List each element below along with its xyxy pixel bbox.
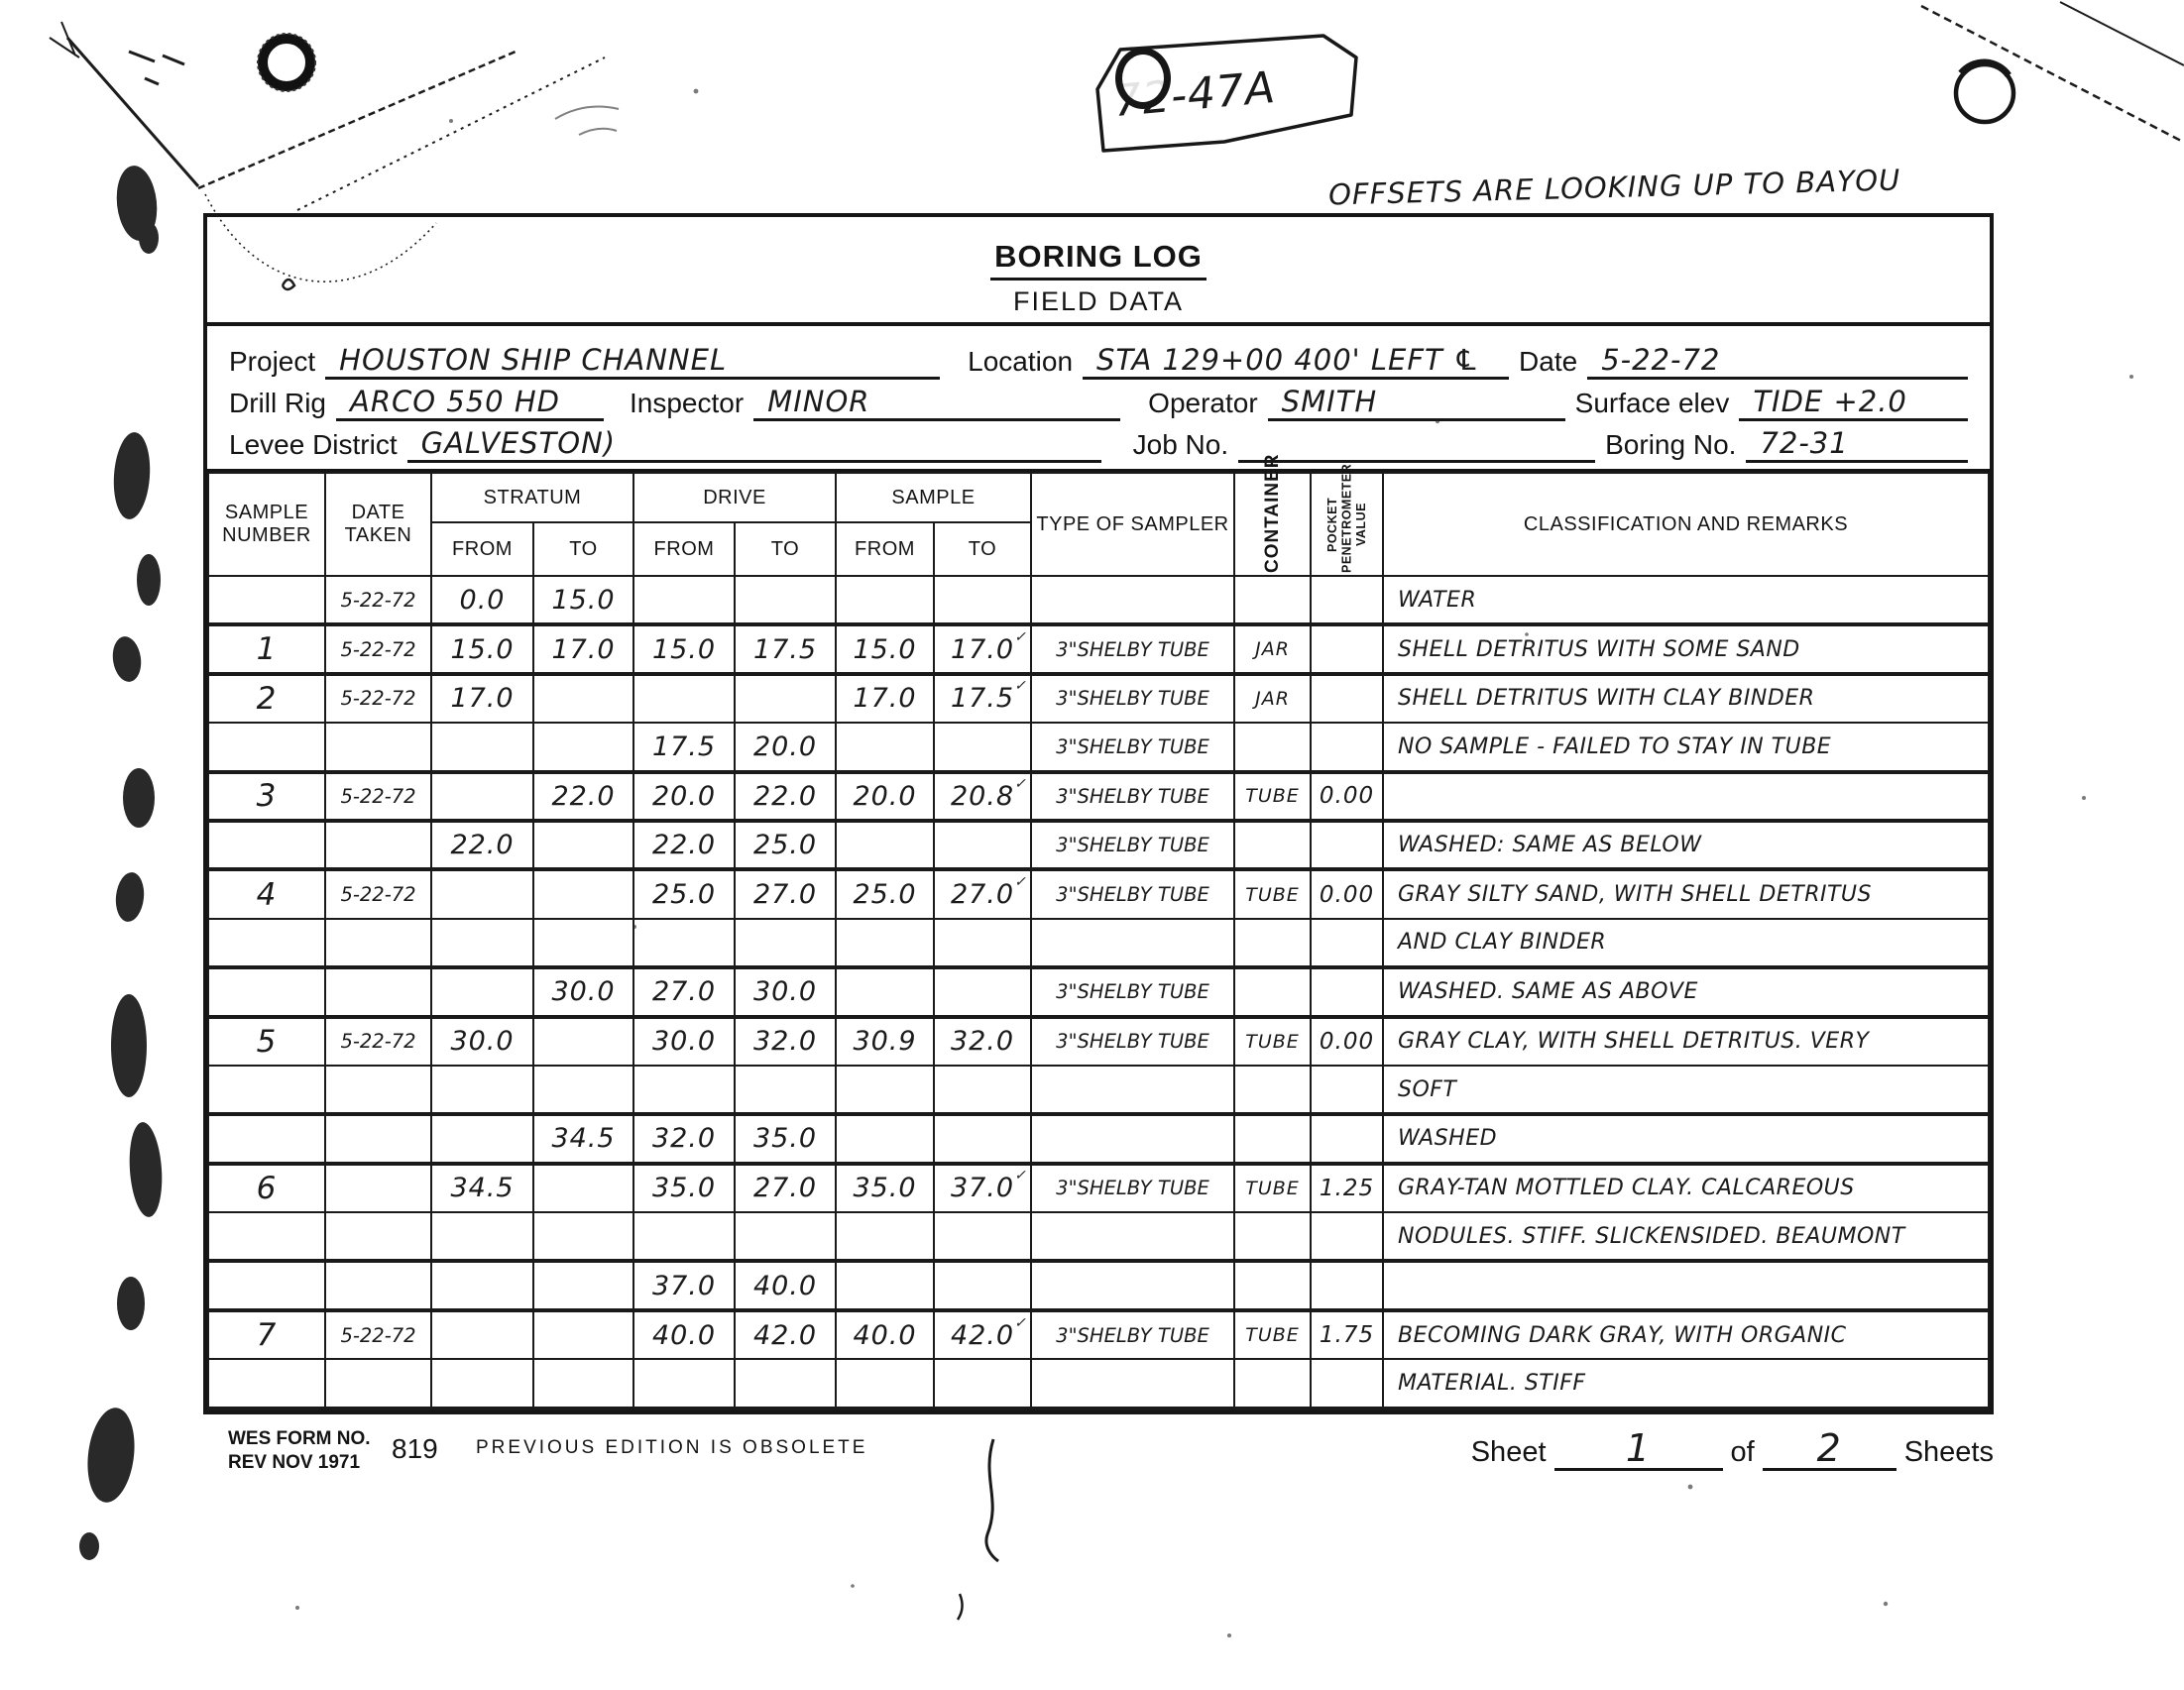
cell-remarks: WASHED: SAME AS BELOW (1383, 821, 1989, 869)
operator-field: SMITH (1268, 382, 1565, 421)
date-value: 5-22-72 (1601, 343, 1720, 377)
cell-container: TUBE (1234, 1310, 1311, 1359)
cell-container: JAR (1234, 674, 1311, 723)
cell-stratum-from (431, 1212, 533, 1261)
cell-drive-from: 15.0 (633, 624, 735, 673)
table-row: 35-22-7222.020.022.020.020.8✓3"SHELBY TU… (208, 772, 1989, 821)
cell-stratum-to (533, 1212, 633, 1261)
table-row: MATERIAL. STIFF (208, 1359, 1989, 1408)
cell-text: TUBE (1245, 785, 1300, 807)
levee-district-label: Levee District (229, 429, 398, 463)
cell-sampler (1031, 919, 1234, 967)
cell-text: JAR (1255, 638, 1290, 660)
cell-text: 30.0 (551, 976, 615, 1007)
cell-container (1234, 1359, 1311, 1408)
cell-text: 27.0 (753, 879, 817, 910)
cell-text: 30.0 (753, 976, 817, 1007)
cell-text: 35.0 (652, 1173, 716, 1203)
cell-date (325, 919, 431, 967)
cell-stratum-to: 15.0 (533, 576, 633, 624)
cell-sample: 2 (208, 674, 325, 723)
sheet-number-field: 1 (1554, 1429, 1723, 1471)
fold-line-top-right (1921, 2, 2184, 141)
table-row: 30.027.030.03"SHELBY TUBEWASHED. SAME AS… (208, 967, 1989, 1016)
sheet-label: Sheet (1471, 1436, 1547, 1471)
cell-stratum-to: 34.5 (533, 1114, 633, 1163)
cell-drive-from: 27.0 (633, 967, 735, 1016)
cell-sample-from: 30.9 (836, 1017, 934, 1066)
cell-drive-to: 40.0 (735, 1261, 836, 1309)
cell-remarks: GRAY SILTY SAND, WITH SHELL DETRITUS (1383, 869, 1989, 918)
cell-sample-to (934, 1066, 1031, 1114)
cell-date (325, 1164, 431, 1212)
cell-sample-from (836, 919, 934, 967)
cell-penetrometer (1311, 1359, 1383, 1408)
wes-form-note: WES FORM NO. REV NOV 1971 (228, 1427, 371, 1475)
cell-text: 1.25 (1320, 1176, 1374, 1201)
cell-container (1234, 1066, 1311, 1114)
cell-stratum-from (431, 772, 533, 821)
cell-drive-from (633, 674, 735, 723)
cell-text: 5-22-72 (340, 638, 415, 661)
cell-text: 37.0 (652, 1271, 716, 1301)
cell-sample-from: 17.0 (836, 674, 934, 723)
cell-sample: 5 (208, 1017, 325, 1066)
cell-text: 37.0 (951, 1173, 1014, 1203)
cell-text: SHELL DETRITUS WITH SOME SAND (1398, 637, 1800, 662)
cell-sample-from: 35.0 (836, 1164, 934, 1212)
cell-stratum-to (533, 1261, 633, 1309)
cell-text: 34.5 (450, 1173, 514, 1203)
cell-sample (208, 967, 325, 1016)
table-row: SOFT (208, 1066, 1989, 1114)
cell-text: 30.0 (652, 1026, 716, 1057)
cell-stratum-to (533, 723, 633, 771)
cell-penetrometer: 1.75 (1311, 1310, 1383, 1359)
cell-penetrometer (1311, 723, 1383, 771)
job-no-label: Job No. (1133, 429, 1229, 463)
cell-date: 5-22-72 (325, 869, 431, 918)
cell-text: NO SAMPLE - FAILED TO STAY IN TUBE (1398, 734, 1831, 759)
cell-text: GRAY SILTY SAND, WITH SHELL DETRITUS (1398, 882, 1872, 907)
cell-sample-to (934, 723, 1031, 771)
cell-drive-from (633, 1212, 735, 1261)
cell-penetrometer: 1.25 (1311, 1164, 1383, 1212)
hole-punch-top-right-icon (1956, 62, 2013, 122)
cell-sample-from: 20.0 (836, 772, 934, 821)
cell-sampler (1031, 1359, 1234, 1408)
cell-sample-from: 40.0 (836, 1310, 934, 1359)
cell-stratum-from: 15.0 (431, 624, 533, 673)
offsets-note: OFFSETS ARE LOOKING UP TO BAYOU (1328, 163, 1901, 211)
cell-sampler: 3"SHELBY TUBE (1031, 821, 1234, 869)
cell-text: WASHED (1398, 1126, 1497, 1151)
cell-sample-from (836, 1066, 934, 1114)
cell-text: 0.00 (1320, 783, 1374, 809)
cell-remarks: AND CLAY BINDER (1383, 919, 1989, 967)
cell-sample-from: 25.0 (836, 869, 934, 918)
cell-date: 5-22-72 (325, 1017, 431, 1066)
cell-stratum-from (431, 1359, 533, 1408)
form-subtitle: FIELD DATA (207, 286, 1990, 317)
cell-drive-to (735, 919, 836, 967)
cell-sample: 1 (208, 624, 325, 673)
cell-text: 27.0 (753, 1173, 817, 1203)
cell-sample-to: 32.0 (934, 1017, 1031, 1066)
cell-sample: 6 (208, 1164, 325, 1212)
cell-text: 17.0 (450, 683, 514, 714)
cell-text: NODULES. STIFF. SLICKENSIDED. BEAUMONT (1398, 1224, 1905, 1249)
cell-text: 20.0 (853, 781, 916, 812)
cell-text: 17.5 (951, 683, 1014, 714)
cell-stratum-from: 17.0 (431, 674, 533, 723)
table-row: 45-22-7225.027.025.027.0✓3"SHELBY TUBETU… (208, 869, 1989, 918)
cell-stratum-from (431, 1066, 533, 1114)
tick-mark: ✓ (1014, 873, 1026, 890)
cell-stratum-from (431, 869, 533, 918)
cell-drive-to: 27.0 (735, 1164, 836, 1212)
cell-sample-to (934, 576, 1031, 624)
cell-text: 3"SHELBY TUBE (1056, 785, 1209, 808)
cell-drive-from (633, 1359, 735, 1408)
cell-sample-from (836, 576, 934, 624)
cell-text: TUBE (1245, 1031, 1300, 1053)
cell-sampler: 3"SHELBY TUBE (1031, 869, 1234, 918)
cell-sample (208, 919, 325, 967)
cell-stratum-from: 0.0 (431, 576, 533, 624)
cell-stratum-to (533, 1066, 633, 1114)
header-drive: DRIVE (633, 473, 836, 522)
cell-text: TUBE (1245, 1324, 1300, 1346)
cell-drive-from: 25.0 (633, 869, 735, 918)
obsolete-note: PREVIOUS EDITION IS OBSOLETE (476, 1437, 867, 1459)
cell-sampler: 3"SHELBY TUBE (1031, 772, 1234, 821)
drill-rig-field: ARCO 550 HD (336, 382, 604, 421)
cell-container (1234, 967, 1311, 1016)
cell-stratum-to (533, 1164, 633, 1212)
cell-text: 34.5 (551, 1123, 615, 1154)
header-sample-number: SAMPLE NUMBER (208, 473, 325, 576)
cell-remarks: SOFT (1383, 1066, 1989, 1114)
cell-text: 30.9 (853, 1026, 916, 1057)
cell-stratum-to (533, 919, 633, 967)
cell-date (325, 1359, 431, 1408)
scanned-boring-log-page: { "annotations": { "stamp_text": "72-47A… (0, 0, 2184, 1690)
cell-text: 15.0 (652, 634, 716, 665)
boring-no-value: 72-31 (1760, 426, 1848, 460)
cell-text: 35.0 (753, 1123, 817, 1154)
total-sheets: 2 (1817, 1426, 1842, 1470)
cell-sample (208, 1114, 325, 1163)
cell-drive-from: 17.5 (633, 723, 735, 771)
cell-stratum-to (533, 869, 633, 918)
cell-drive-from (633, 1066, 735, 1114)
cell-text: 15.0 (551, 585, 615, 616)
location-field: STA 129+00 400' LEFT ℄ (1083, 340, 1509, 380)
cell-date (325, 1261, 431, 1309)
cell-date: 5-22-72 (325, 624, 431, 673)
cell-text: 3"SHELBY TUBE (1056, 687, 1209, 710)
cell-sample-to: 17.5✓ (934, 674, 1031, 723)
cell-remarks: BECOMING DARK GRAY, WITH ORGANIC (1383, 1310, 1989, 1359)
cell-drive-to: 27.0 (735, 869, 836, 918)
cell-penetrometer (1311, 1114, 1383, 1163)
cell-text: 27.0 (652, 976, 716, 1007)
cell-drive-from: 30.0 (633, 1017, 735, 1066)
cell-stratum-from (431, 1310, 533, 1359)
job-no-field (1238, 423, 1595, 463)
boring-log-form: BORING LOG FIELD DATA Project HOUSTON SH… (203, 213, 1994, 1414)
cell-text: 22.0 (652, 830, 716, 860)
cell-sample-to (934, 1261, 1031, 1309)
cell-container (1234, 1212, 1311, 1261)
header-sample-from: FROM (836, 522, 934, 576)
cell-sampler: 3"SHELBY TUBE (1031, 1164, 1234, 1212)
total-sheets-field: 2 (1763, 1429, 1897, 1471)
table-row: NODULES. STIFF. SLICKENSIDED. BEAUMONT (208, 1212, 1989, 1261)
table-row: AND CLAY BINDER (208, 919, 1989, 967)
cell-penetrometer (1311, 1261, 1383, 1309)
cell-text: 17.0 (853, 683, 916, 714)
cell-date (325, 821, 431, 869)
cell-sample-to (934, 1359, 1031, 1408)
cell-sampler: 3"SHELBY TUBE (1031, 967, 1234, 1016)
tick-mark: ✓ (1014, 775, 1026, 792)
cell-drive-to: 42.0 (735, 1310, 836, 1359)
cell-text: 17.0 (551, 634, 615, 665)
cell-text: 22.0 (450, 830, 514, 860)
cell-text: 42.0 (753, 1320, 817, 1351)
cell-drive-to: 32.0 (735, 1017, 836, 1066)
cell-sample-to: 17.0✓ (934, 624, 1031, 673)
cell-text: 3"SHELBY TUBE (1056, 883, 1209, 906)
cell-drive-from: 20.0 (633, 772, 735, 821)
cell-text: 3"SHELBY TUBE (1056, 1030, 1209, 1053)
cell-sampler (1031, 1261, 1234, 1309)
cell-sample: 3 (208, 772, 325, 821)
cell-drive-from: 32.0 (633, 1114, 735, 1163)
cell-penetrometer (1311, 1212, 1383, 1261)
cell-sampler: 3"SHELBY TUBE (1031, 723, 1234, 771)
cell-text: 3"SHELBY TUBE (1056, 1324, 1209, 1347)
cell-text: WATER (1398, 588, 1476, 613)
header-pocket-penetrometer: POCKET PENETROMETER VALUE (1311, 473, 1383, 576)
cell-drive-to: 30.0 (735, 967, 836, 1016)
cell-drive-to (735, 576, 836, 624)
cell-text: 3"SHELBY TUBE (1056, 980, 1209, 1003)
cell-drive-from: 22.0 (633, 821, 735, 869)
cell-remarks: WATER (1383, 576, 1989, 624)
cell-text: 17.5 (652, 732, 716, 762)
cell-date (325, 1114, 431, 1163)
cell-text: 32.0 (753, 1026, 817, 1057)
cell-container (1234, 1261, 1311, 1309)
cell-text: 2 (257, 681, 278, 717)
header-sample: SAMPLE (836, 473, 1031, 522)
cell-text: 1.75 (1320, 1322, 1374, 1348)
cell-text: 20.8 (951, 781, 1014, 812)
cell-text: GRAY CLAY, WITH SHELL DETRITUS. VERY (1398, 1029, 1869, 1054)
cell-sample-from (836, 1212, 934, 1261)
cell-text: 3 (257, 778, 278, 814)
cell-stratum-to (533, 1359, 633, 1408)
cell-sample-from (836, 723, 934, 771)
info-line-3: Levee District GALVESTON) Job No. Boring… (229, 423, 1968, 463)
cell-sample-to: 37.0✓ (934, 1164, 1031, 1212)
cell-text: 15.0 (450, 634, 514, 665)
header-date-taken: DATE TAKEN (325, 473, 431, 576)
cell-sampler (1031, 1114, 1234, 1163)
cell-stratum-from (431, 1261, 533, 1309)
cell-text: 3"SHELBY TUBE (1056, 735, 1209, 758)
cell-sample (208, 1212, 325, 1261)
boring-log-table: SAMPLE NUMBER DATE TAKEN STRATUM DRIVE S… (207, 472, 1990, 1410)
cell-penetrometer (1311, 576, 1383, 624)
cell-sample-to: 20.8✓ (934, 772, 1031, 821)
cell-text: 5-22-72 (340, 1030, 415, 1053)
table-row: 634.535.027.035.037.0✓3"SHELBY TUBETUBE1… (208, 1164, 1989, 1212)
boring-no-field: 72-31 (1746, 423, 1968, 463)
cell-text: 7 (257, 1317, 278, 1353)
cell-drive-to: 22.0 (735, 772, 836, 821)
form-title: BORING LOG (990, 239, 1207, 281)
cell-date (325, 967, 431, 1016)
cell-remarks: NO SAMPLE - FAILED TO STAY IN TUBE (1383, 723, 1989, 771)
cell-text: 1 (257, 631, 278, 667)
hole-punch-stamp-icon (1115, 48, 1171, 109)
cell-sampler (1031, 1212, 1234, 1261)
sheets-label: Sheets (1904, 1436, 1994, 1471)
boring-table-body: 5-22-720.015.0WATER15-22-7215.017.015.01… (208, 576, 1989, 1408)
cell-sample-from (836, 967, 934, 1016)
inspector-field: MINOR (753, 382, 1120, 421)
cell-drive-from: 35.0 (633, 1164, 735, 1212)
cell-date (325, 1212, 431, 1261)
cell-penetrometer (1311, 919, 1383, 967)
cell-text: JAR (1255, 688, 1290, 710)
cell-sample-from (836, 1261, 934, 1309)
cell-text: 5-22-72 (340, 1324, 415, 1347)
cell-stratum-to: 30.0 (533, 967, 633, 1016)
cell-text: 17.0 (951, 634, 1014, 665)
cell-drive-to (735, 1212, 836, 1261)
cell-date: 5-22-72 (325, 674, 431, 723)
hole-punch-top-left-icon (258, 34, 315, 91)
footer: WES FORM NO. REV NOV 1971 819 PREVIOUS E… (203, 1419, 1994, 1509)
cell-container (1234, 919, 1311, 967)
cell-text: TUBE (1245, 1178, 1300, 1199)
cell-text: WASHED: SAME AS BELOW (1398, 833, 1702, 857)
of-label: of (1731, 1436, 1755, 1471)
sheet-line: Sheet 1 of 2 Sheets (1471, 1429, 1994, 1471)
inspector-value: MINOR (767, 385, 869, 418)
cell-drive-from (633, 919, 735, 967)
sheet-number: 1 (1626, 1426, 1651, 1470)
table-row: 5-22-720.015.0WATER (208, 576, 1989, 624)
cell-text: 3"SHELBY TUBE (1056, 834, 1209, 856)
cell-penetrometer: 0.00 (1311, 772, 1383, 821)
cell-sample: 7 (208, 1310, 325, 1359)
cell-text: 22.0 (551, 781, 615, 812)
cell-sample (208, 821, 325, 869)
table-row: 55-22-7230.030.032.030.932.03"SHELBY TUB… (208, 1017, 1989, 1066)
cell-sample: 4 (208, 869, 325, 918)
table-row: 22.022.025.03"SHELBY TUBEWASHED: SAME AS… (208, 821, 1989, 869)
info-line-1: Project HOUSTON SHIP CHANNEL Location ST… (229, 340, 1968, 380)
cell-drive-to (735, 674, 836, 723)
cell-text: 30.0 (450, 1026, 514, 1057)
cell-text: 25.0 (853, 879, 916, 910)
cell-text: 6 (257, 1171, 278, 1206)
cell-container (1234, 723, 1311, 771)
header-stratum: STRATUM (431, 473, 633, 522)
header-type-of-sampler: TYPE OF SAMPLER (1031, 473, 1234, 576)
stamp-72-47a: 72-47A (1076, 28, 1373, 162)
cell-stratum-to: 22.0 (533, 772, 633, 821)
cell-sample-to (934, 1212, 1031, 1261)
cell-remarks: GRAY CLAY, WITH SHELL DETRITUS. VERY (1383, 1017, 1989, 1066)
cell-text: 20.0 (652, 781, 716, 812)
cell-date: 5-22-72 (325, 576, 431, 624)
cell-container: TUBE (1234, 869, 1311, 918)
cell-container (1234, 821, 1311, 869)
header-stratum-from: FROM (431, 522, 533, 576)
date-field: 5-22-72 (1587, 340, 1968, 380)
cell-sampler (1031, 1066, 1234, 1114)
cell-text: 17.5 (753, 634, 817, 665)
cell-remarks (1383, 1261, 1989, 1309)
table-row: 25-22-7217.017.017.5✓3"SHELBY TUBEJARSHE… (208, 674, 1989, 723)
surface-elev-label: Surface elev (1575, 388, 1730, 421)
cell-text: 32.0 (652, 1123, 716, 1154)
cell-remarks: GRAY-TAN MOTTLED CLAY. CALCAREOUS (1383, 1164, 1989, 1212)
cell-sample (208, 723, 325, 771)
cell-penetrometer: 0.00 (1311, 869, 1383, 918)
cell-date: 5-22-72 (325, 1310, 431, 1359)
cell-sampler: 3"SHELBY TUBE (1031, 1310, 1234, 1359)
table-row: 17.520.03"SHELBY TUBENO SAMPLE - FAILED … (208, 723, 1989, 771)
cell-text: 35.0 (853, 1173, 916, 1203)
drill-rig-label: Drill Rig (229, 388, 326, 421)
cell-container: JAR (1234, 624, 1311, 673)
cell-penetrometer (1311, 624, 1383, 673)
table-row: 15-22-7215.017.015.017.515.017.0✓3"SHELB… (208, 624, 1989, 673)
wes-form-line2: REV NOV 1971 (228, 1451, 371, 1475)
table-row: 75-22-7240.042.040.042.0✓3"SHELBY TUBETU… (208, 1310, 1989, 1359)
cell-text: 3"SHELBY TUBE (1056, 638, 1209, 661)
cell-date (325, 1066, 431, 1114)
cell-text: 4 (257, 877, 278, 913)
cell-text: SHELL DETRITUS WITH CLAY BINDER (1398, 686, 1814, 711)
project-field: HOUSTON SHIP CHANNEL (325, 340, 940, 380)
cell-penetrometer (1311, 1066, 1383, 1114)
header-stratum-to: TO (533, 522, 633, 576)
info-block: Project HOUSTON SHIP CHANNEL Location ST… (207, 326, 1990, 472)
cell-stratum-from (431, 919, 533, 967)
cell-text: 5 (257, 1024, 278, 1060)
cell-stratum-from: 34.5 (431, 1164, 533, 1212)
info-line-2: Drill Rig ARCO 550 HD Inspector MINOR Op… (229, 382, 1968, 421)
cell-sample-from (836, 821, 934, 869)
table-header: SAMPLE NUMBER DATE TAKEN STRATUM DRIVE S… (208, 473, 1989, 576)
date-label: Date (1519, 346, 1577, 380)
cell-penetrometer (1311, 674, 1383, 723)
title-block: BORING LOG FIELD DATA (207, 217, 1990, 326)
surface-elev-field: TIDE +2.0 (1739, 382, 1968, 421)
cell-remarks: SHELL DETRITUS WITH CLAY BINDER (1383, 674, 1989, 723)
header-drive-to: TO (735, 522, 836, 576)
cell-text: SOFT (1398, 1077, 1456, 1102)
